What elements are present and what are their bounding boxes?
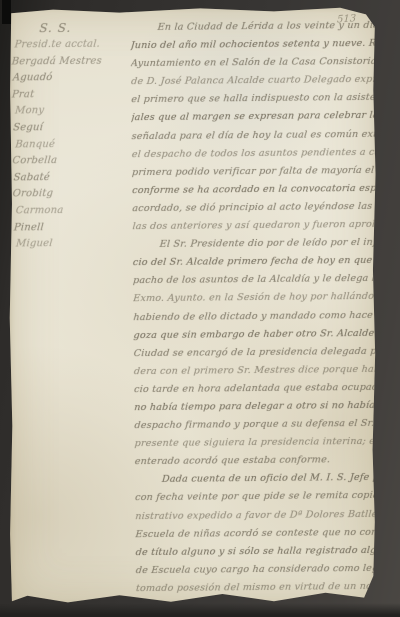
margin-name: Mony bbox=[14, 105, 130, 122]
margin-name: Miguel bbox=[15, 238, 131, 255]
body-line: señalada para el día de hoy la cual es c… bbox=[131, 128, 380, 148]
margin-names: Presid.te acctal.Bergadá MestresAguadóPr… bbox=[11, 39, 131, 256]
body-line: dera con el primero Sr. Mestres dice por… bbox=[133, 364, 382, 384]
body-line: Exmo. Ayunto. en la Sesión de hoy por ha… bbox=[132, 291, 381, 311]
body-line: con fecha veinte por que pide se le remi… bbox=[134, 490, 383, 510]
margin-name: Orobitg bbox=[12, 188, 131, 205]
body-line: de título alguno y si sólo se halla regi… bbox=[135, 545, 384, 565]
margin-name: Bergadá Mestres bbox=[11, 55, 130, 72]
body-line: acordado, se dió principio al acto leyén… bbox=[131, 201, 380, 221]
margin-name: Aguadó bbox=[12, 72, 130, 89]
margin-name: Carmona bbox=[15, 205, 131, 222]
body-line: goza que sin embargo de haber otro Sr. A… bbox=[133, 327, 382, 347]
body-line: Ciudad se encargó de la presidencia dele… bbox=[133, 345, 382, 365]
body-line: tomado posesión del mismo en virtud de u… bbox=[135, 581, 384, 601]
act-body-text: En la Ciudad de Lérida a los veinte y un… bbox=[130, 20, 384, 601]
body-line: conforme se ha acordado en la convocator… bbox=[131, 183, 380, 203]
body-line: habiendo de ello dictado y mandado como … bbox=[132, 309, 381, 329]
margin-name: Prat bbox=[11, 88, 130, 105]
binding-shadow-mark bbox=[2, 0, 11, 24]
manuscript-photo: 513 S. S. Presid.te acctal.Bergadá Mestr… bbox=[0, 0, 400, 617]
body-line: Escuela de niñas acordó se conteste que … bbox=[134, 526, 383, 546]
body-line: primera podido verificar por falta de ma… bbox=[131, 165, 380, 185]
margin-name: Presid.te acctal. bbox=[14, 39, 130, 56]
body-line: cio tarde en hora adelantada que estaba … bbox=[133, 382, 382, 402]
body-line: nistrativo expedido a favor de Dª Dolore… bbox=[134, 508, 383, 528]
body-line: de Escuela cuyo cargo ha considerado com… bbox=[135, 563, 384, 583]
margin-attendees-column: S. S. Presid.te acctal.Bergadá MestresAg… bbox=[11, 21, 131, 256]
margin-name: Banqué bbox=[14, 138, 130, 155]
margin-name: Sabaté bbox=[13, 171, 131, 188]
margin-name: Pinell bbox=[13, 221, 131, 238]
margin-name: Corbella bbox=[12, 155, 131, 172]
margin-header-flourish: S. S. bbox=[11, 21, 130, 40]
photo-bottom-shadow bbox=[0, 603, 400, 617]
body-line: el despacho de todos los asuntos pendien… bbox=[131, 146, 380, 166]
margin-name: Seguí bbox=[12, 122, 130, 139]
body-lines: En la Ciudad de Lérida a los veinte y un… bbox=[130, 20, 384, 601]
body-line: jales que al margen se expresan para cel… bbox=[130, 110, 379, 130]
manuscript-page: 513 S. S. Presid.te acctal.Bergadá Mestr… bbox=[9, 6, 377, 606]
